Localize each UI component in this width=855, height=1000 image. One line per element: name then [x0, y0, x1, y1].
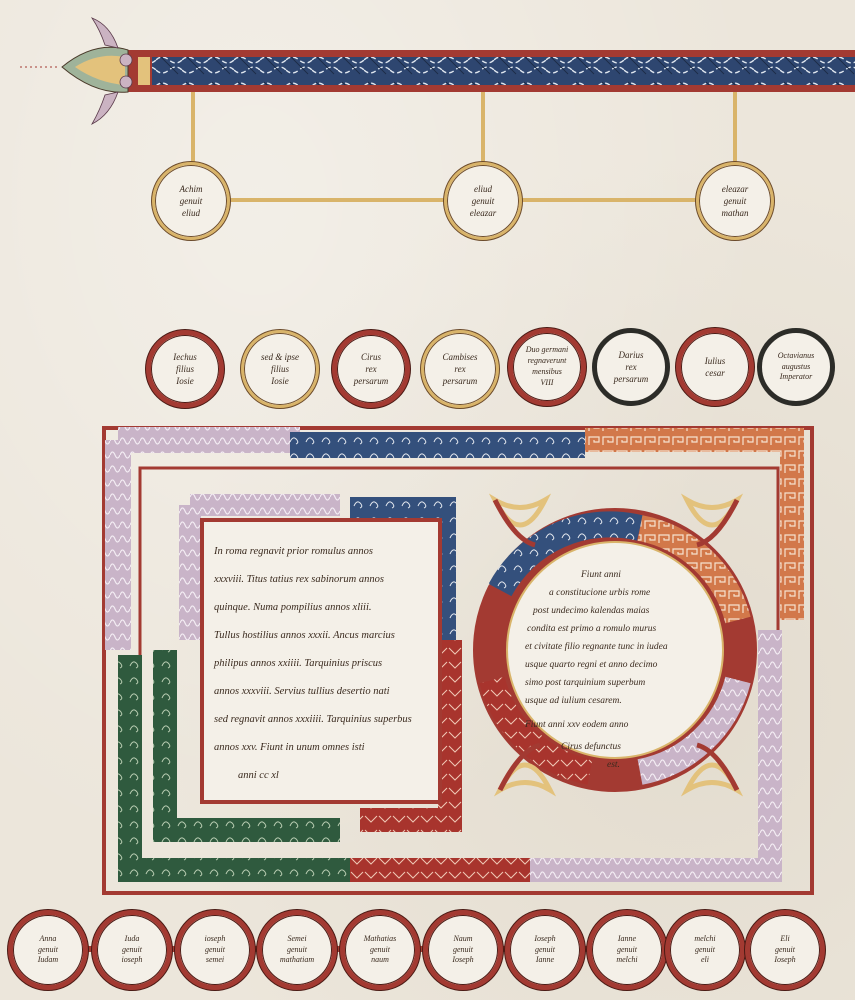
- bottom-medallion-2: Iuda genuit ioseph: [92, 910, 172, 990]
- fleur-finial-ornament: [20, 18, 132, 124]
- circle-text-line: est.: [525, 756, 705, 774]
- top-medallion-1: Achim genuit eliud: [152, 162, 230, 240]
- rect-text-line: quinque. Numa pompilius annos xliii.: [214, 594, 436, 622]
- circle-text-line: post undecimo kalendas maias: [525, 602, 705, 620]
- middle-medallion-2: sed & ipse filius Iosie: [241, 330, 319, 408]
- middle-medallion-1: Iechus filius Iosie: [146, 330, 224, 408]
- top-interlace-bar: [128, 50, 855, 92]
- circle-text-line: Fiunt anni: [525, 566, 705, 584]
- rect-text-line: In roma regnavit prior romulus annos: [214, 538, 436, 566]
- bottom-medallion-8: Ianne genuit melchi: [587, 910, 667, 990]
- circle-text-line: condita est primo a romulo murus: [525, 620, 705, 638]
- bottom-medallion-5: Mathatias genuit naum: [340, 910, 420, 990]
- bottom-medallion-6: Naum genuit Ioseph: [423, 910, 503, 990]
- bottom-medallion-3: ioseph genuit semei: [175, 910, 255, 990]
- rect-text-line: anni cc xl: [214, 762, 436, 790]
- middle-medallion-7: Iulius cesar: [676, 328, 754, 406]
- circle-text-line: simo post tarquinium superbum: [525, 674, 705, 692]
- circle-text-line: usque quarto regni et anno decimo: [525, 656, 705, 674]
- bottom-medallion-4: Semei genuit mathatiam: [257, 910, 337, 990]
- rect-text-panel: In roma regnavit prior romulus annos xxx…: [214, 538, 436, 790]
- rect-text-line: annos xxxviii. Servius tullius desertio …: [214, 678, 436, 706]
- circle-text-line: usque ad iulium cesarem.: [525, 692, 705, 710]
- bottom-medallion-1: Anna genuit Iudam: [8, 910, 88, 990]
- bottom-medallion-10: Eli genuit Ioseph: [745, 910, 825, 990]
- middle-medallion-4: Cambises rex persarum: [421, 330, 499, 408]
- middle-medallion-5: Duo germani regnaverunt mensibus VIII: [508, 328, 586, 406]
- interlaced-frame: [104, 428, 812, 893]
- rect-text-line: Tullus hostilius annos xxxii. Ancus marc…: [214, 622, 436, 650]
- middle-medallion-6: Darius rex persarum: [592, 328, 670, 406]
- circle-text-panel: Fiunt anni a constitucione urbis rome po…: [525, 566, 705, 774]
- bottom-medallion-9: melchi genuit eli: [665, 910, 745, 990]
- top-medallion-2: eliud genuit eleazar: [444, 162, 522, 240]
- rect-text-line: sed regnavit annos xxxiiii. Tarquinius s…: [214, 706, 436, 734]
- middle-medallion-3: Cirus rex persarum: [332, 330, 410, 408]
- circle-text-line: Fiunt anni xxv eodem anno: [525, 716, 705, 734]
- circle-text-line: a constitucione urbis rome: [525, 584, 705, 602]
- rect-text-line: annos xxv. Fiunt in unum omnes isti: [214, 734, 436, 762]
- illumination-artwork: [0, 0, 855, 1000]
- bottom-medallion-7: Ioseph genuit Ianne: [505, 910, 585, 990]
- circle-text-line: et civitate filio regnante tunc in iudea: [525, 638, 705, 656]
- rect-text-line: philipus annos xxiiii. Tarquinius priscu…: [214, 650, 436, 678]
- circle-text-line: Cirus defunctus: [525, 738, 705, 756]
- rect-text-line: xxxviii. Titus tatius rex sabinorum anno…: [214, 566, 436, 594]
- top-medallion-3: eleazar genuit mathan: [696, 162, 774, 240]
- middle-medallion-8: Octavianus augustus Imperator: [757, 328, 835, 406]
